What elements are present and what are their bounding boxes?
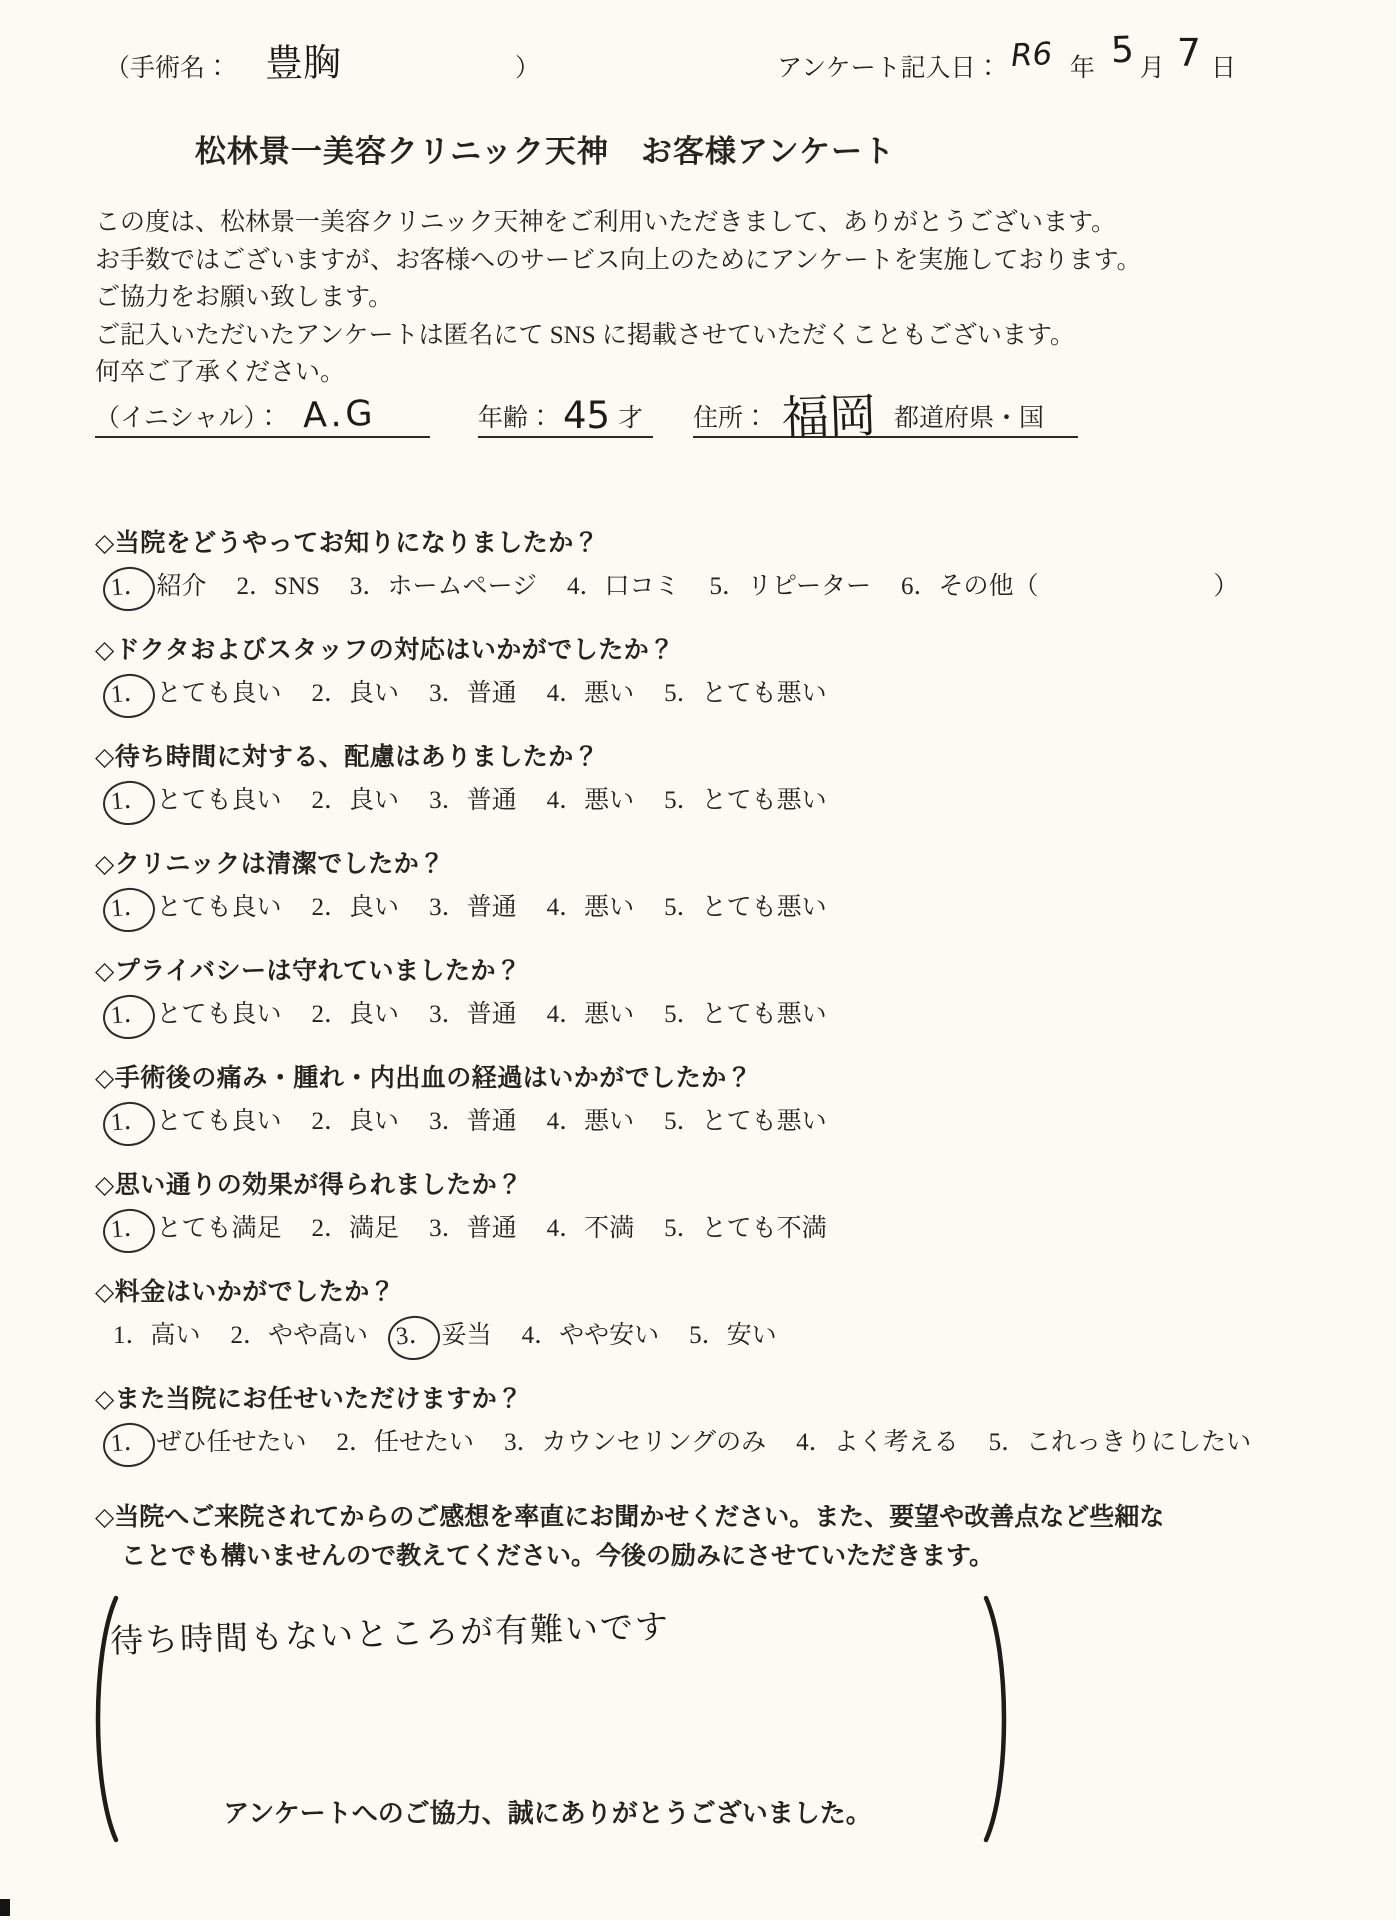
scan-artifact [0,1899,10,1916]
initials-field: （イニシャル）： A.G [95,398,430,438]
option: 1．とても良い [113,787,282,814]
option-label: 満足 [349,1215,399,1242]
option-label: 普通 [467,1108,517,1135]
option: 2．良い [312,894,400,921]
question-block: ◇ドクタおよびスタッフの対応はいかがでしたか？1．とても良い2．良い3．普通4．… [95,635,1355,709]
option: 5．とても不満 [664,1215,827,1242]
option-label: とても良い [157,680,282,707]
option-number: 3． [429,680,467,707]
option-number: 4． [547,1001,585,1028]
option-number: 2． [312,1108,350,1135]
question-block: ◇また当院にお任せいただけますか？1．ぜひ任せたい2．任せたい3．カウンセリング… [95,1384,1355,1458]
option-number: 4． [547,1215,585,1242]
option: 2．良い [312,1108,400,1135]
option-label: とても悪い [702,894,827,921]
option: 4．悪い [547,894,635,921]
option-number: 2． [237,573,275,600]
option-number: 3． [429,894,467,921]
option-number: 2． [312,680,350,707]
option-number: 3． [429,1001,467,1028]
intro-line: ご協力をお願い致します。 [95,279,1275,317]
option: 5．これっきりにしたい [989,1429,1252,1456]
question-heading: ◇また当院にお任せいただけますか？ [95,1384,1355,1414]
surgery-name-label: （手術名： [105,48,230,84]
option-number: 6． [901,573,939,600]
question-heading: ◇プライバシーは守れていましたか？ [95,956,1355,986]
option: 3．カウンセリングのみ [504,1429,766,1456]
option-label: やや高い [268,1322,368,1349]
address-label: 住所： [693,398,768,434]
option-number: 4． [547,787,585,814]
header-row: （手術名： 豊胸 ） アンケート記入日： R6 年 5 月 7 日 [105,48,1336,84]
question-block: ◇クリニックは清潔でしたか？1．とても良い2．良い3．普通4．悪い5．とても悪い [95,849,1355,923]
question-block: ◇当院をどうやってお知りになりましたか？1．紹介2．SNS3．ホームページ4．口… [95,528,1355,602]
option-number: 5． [709,573,747,600]
address-field: 住所： 福岡 都道府県・国 [693,398,1078,438]
intro-line: 何卒ご了承ください。 [95,354,1275,392]
option-number: 2． [312,1215,350,1242]
option-label: 不満 [584,1215,634,1242]
intro-line: ご記入いただいたアンケートは匿名にて SNS に掲載させていただくこともございま… [95,317,1275,355]
questions: ◇当院をどうやってお知りになりましたか？1．紹介2．SNS3．ホームページ4．口… [95,528,1355,1491]
option-number: 5． [664,1001,702,1028]
option-label: 普通 [467,894,517,921]
option-label: 安い [727,1322,777,1349]
option-label: とても満足 [157,1215,282,1242]
age-label: 年齢： [478,398,553,434]
option: 6．その他（ ） [901,573,1239,600]
option: 4．不満 [547,1215,635,1242]
feedback-heading-line2: ことでも構いませんので教えてください。今後の励みにさせていただきます。 [95,1537,1355,1576]
question-options: 1．とても良い2．良い3．普通4．悪い5．とても悪い [95,1107,1355,1137]
option-number: 5． [664,1108,702,1135]
option-number: 4． [796,1429,834,1456]
handwritten-circle-mark: 1． [101,1207,156,1255]
option: 2．やや高い [231,1322,369,1349]
handwritten-comment: 待ち時間もないところが有難いです [109,1601,670,1663]
handwritten-circle-mark: 1． [101,1421,156,1469]
option-label: とても良い [157,1108,282,1135]
option: 5．とても悪い [664,1001,827,1028]
option-label: 普通 [467,1215,517,1242]
option-label: とても不満 [702,1215,827,1242]
option-label: 良い [349,894,399,921]
option-label: 悪い [584,1108,634,1135]
option-number: 4． [567,573,605,600]
age-unit: 才 [618,398,643,434]
option: 5．とても悪い [664,680,827,707]
question-block: ◇待ち時間に対する、配慮はありましたか？1．とても良い2．良い3．普通4．悪い5… [95,742,1355,816]
option-label: 紹介 [157,573,207,600]
option: 2．SNS [237,573,320,600]
handwritten-age: 45 [563,401,610,431]
option: 1．とても良い [113,1108,282,1135]
option-label: 悪い [584,1001,634,1028]
question-heading: ◇クリニックは清潔でしたか？ [95,849,1355,879]
option-number: 1． [113,1322,151,1349]
option-label: SNS [274,573,320,600]
page-title: 松林景一美容クリニック天神 お客様アンケート [0,126,1090,171]
option: 5．安い [689,1322,777,1349]
option: 3．普通 [429,787,517,814]
intro-line: この度は、松林景一美容クリニック天神をご利用いただきまして、ありがとうございます… [95,204,1275,242]
question-block: ◇料金はいかがでしたか？1．高い2．やや高い3．妥当4．やや安い5．安い [95,1277,1355,1351]
option: 4．悪い [547,1001,635,1028]
option: 1．とても良い [113,894,282,921]
question-heading: ◇手術後の痛み・腫れ・内出血の経過はいかがでしたか？ [95,1063,1355,1093]
surgery-name-field: （手術名： 豊胸 ） [105,48,540,84]
option-label: リピーター [747,573,871,600]
year-character: 年 [1070,48,1095,84]
option: 2．任せたい [337,1429,475,1456]
option-number: 2． [312,1001,350,1028]
option-label: 悪い [584,787,634,814]
option-number: 5． [664,787,702,814]
handwritten-circle-mark: 1． [101,565,156,613]
initials-label: （イニシャル）： [95,398,281,434]
question-options: 1．紹介2．SNS3．ホームページ4．口コミ5．リピーター6．その他（ ） [95,572,1355,602]
option-label: とても良い [157,1001,282,1028]
option: 3．普通 [429,1215,517,1242]
intro-line: お手数ではございますが、お客様へのサービス向上のためにアンケートを実施しておりま… [95,242,1275,280]
option: 3．普通 [429,680,517,707]
handwritten-circle-mark: 3． [386,1314,441,1362]
option-number: 2． [337,1429,375,1456]
question-heading: ◇料金はいかがでしたか？ [95,1277,1355,1307]
option-label: とても悪い [702,1001,827,1028]
handwritten-month: 5 [1110,38,1134,65]
option: 4．悪い [547,680,635,707]
month-character: 月 [1140,48,1165,84]
feedback-heading-line1: ◇当院へご来院されてからのご感想を率直にお聞かせください。また、要望や改善点など… [95,1498,1355,1537]
option-label: 妥当 [442,1322,492,1349]
option: 5．とても悪い [664,1108,827,1135]
question-options: 1．高い2．やや高い3．妥当4．やや安い5．安い [95,1321,1355,1351]
option-number: 3． [429,1215,467,1242]
option-label: 良い [349,680,399,707]
option-number: 5． [689,1322,727,1349]
option-label: ぜひ任せたい [157,1429,307,1456]
option: 3．普通 [429,1001,517,1028]
question-heading: ◇当院をどうやってお知りになりましたか？ [95,528,1355,558]
question-heading: ◇ドクタおよびスタッフの対応はいかがでしたか？ [95,635,1355,665]
option: 2．良い [312,787,400,814]
option: 4．よく考える [796,1429,959,1456]
option-label: やや安い [559,1322,659,1349]
feedback-question-heading: ◇当院へご来院されてからのご感想を率直にお聞かせください。また、要望や改善点など… [95,1498,1355,1576]
option: 1．とても良い [113,1001,282,1028]
option-number: 5． [664,1215,702,1242]
closing-thanks: アンケートへのご協力、誠にありがとうございました。 [0,1793,1095,1830]
option-number: 5． [664,680,702,707]
option: 5．リピーター [709,573,871,600]
option: 2．良い [312,680,400,707]
question-block: ◇プライバシーは守れていましたか？1．とても良い2．良い3．普通4．悪い5．とて… [95,956,1355,1030]
surgery-name-value-area: 豊胸 [230,48,515,83]
surgery-name-close-paren: ） [515,48,540,84]
question-options: 1．ぜひ任せたい2．任せたい3．カウンセリングのみ4．よく考える5．これっきりに… [95,1428,1355,1458]
option-label: 普通 [467,1001,517,1028]
option-label: 普通 [467,680,517,707]
option: 1．とても満足 [113,1215,282,1242]
option: 2．良い [312,1001,400,1028]
option-label: 悪い [584,680,634,707]
handwritten-circle-mark: 1． [101,672,156,720]
survey-date-label: アンケート記入日： [777,48,1001,84]
question-options: 1．とても満足2．満足3．普通4．不満5．とても不満 [95,1214,1355,1244]
option-label: 任せたい [374,1429,474,1456]
day-character: 日 [1211,48,1236,84]
option-label: 良い [349,1001,399,1028]
option-label: これっきりにしたい [1026,1429,1251,1456]
option-number: 2． [231,1322,269,1349]
question-options: 1．とても良い2．良い3．普通4．悪い5．とても悪い [95,786,1355,816]
profile-row: （イニシャル）： A.G 年齢： 45 才 住所： 福岡 都道府県・国 [95,398,1078,438]
option-label: よく考える [834,1429,959,1456]
handwritten-circle-mark: 1． [101,886,156,934]
option: 3．ホームページ [350,573,537,600]
option-number: 4． [547,1108,585,1135]
option-label: 普通 [467,787,517,814]
option-number: 5． [989,1429,1027,1456]
handwritten-circle-mark: 1． [101,993,156,1041]
option: 1．紹介 [113,573,207,600]
option: 5．とても悪い [664,787,827,814]
address-suffix: 都道府県・国 [894,398,1044,434]
option-number: 4． [522,1322,560,1349]
handwritten-day: 7 [1177,40,1201,66]
option-label: ホームページ [387,573,537,600]
question-options: 1．とても良い2．良い3．普通4．悪い5．とても悪い [95,893,1355,923]
option: 4．悪い [547,787,635,814]
question-options: 1．とても良い2．良い3．普通4．悪い5．とても悪い [95,679,1355,709]
option-label: その他（ ） [939,573,1239,600]
option-label: 良い [349,787,399,814]
option: 3．妥当 [398,1322,492,1349]
handwritten-initials: A.G [302,399,377,432]
question-options: 1．とても良い2．良い3．普通4．悪い5．とても悪い [95,1000,1355,1030]
option: 3．普通 [429,894,517,921]
option: 1．とても良い [113,680,282,707]
option: 3．普通 [429,1108,517,1135]
option-label: とても悪い [702,1108,827,1135]
option-number: 3． [504,1429,542,1456]
question-heading: ◇待ち時間に対する、配慮はありましたか？ [95,742,1355,772]
option-number: 3． [429,787,467,814]
handwritten-era-year: R6 [1010,41,1053,69]
option-label: 良い [349,1108,399,1135]
option: 4．やや安い [522,1322,660,1349]
option-number: 5． [664,894,702,921]
survey-page: （手術名： 豊胸 ） アンケート記入日： R6 年 5 月 7 日 松林景一美容… [0,0,1396,1920]
survey-date-field: アンケート記入日： R6 年 5 月 7 日 [777,48,1236,84]
option-number: 2． [312,787,350,814]
option: 4．口コミ [567,573,680,600]
option-label: カウンセリングのみ [542,1429,767,1456]
age-field: 年齢： 45 才 [478,398,653,438]
handwritten-circle-mark: 1． [101,1100,156,1148]
option-number: 2． [312,894,350,921]
option-label: 口コミ [604,573,679,600]
option-label: とても悪い [702,787,827,814]
option-number: 4． [547,894,585,921]
option-label: 悪い [584,894,634,921]
option: 2．満足 [312,1215,400,1242]
option: 5．とても悪い [664,894,827,921]
option-number: 3． [350,573,388,600]
question-block: ◇手術後の痛み・腫れ・内出血の経過はいかがでしたか？1．とても良い2．良い3．普… [95,1063,1355,1137]
handwritten-address: 福岡 [781,398,876,437]
question-block: ◇思い通りの効果が得られましたか？1．とても満足2．満足3．普通4．不満5．とて… [95,1170,1355,1244]
option: 1．高い [113,1322,201,1349]
option-label: とても良い [157,894,282,921]
option-number: 4． [547,680,585,707]
option-label: とても悪い [702,680,827,707]
option-label: とても良い [157,787,282,814]
option: 4．悪い [547,1108,635,1135]
option-number: 3． [429,1108,467,1135]
question-heading: ◇思い通りの効果が得られましたか？ [95,1170,1355,1200]
handwritten-circle-mark: 1． [101,779,156,827]
option: 1．ぜひ任せたい [113,1429,307,1456]
intro-paragraph: この度は、松林景一美容クリニック天神をご利用いただきまして、ありがとうございます… [95,204,1275,392]
handwritten-surgery-name: 豊胸 [265,47,342,78]
option-label: 高い [151,1322,201,1349]
